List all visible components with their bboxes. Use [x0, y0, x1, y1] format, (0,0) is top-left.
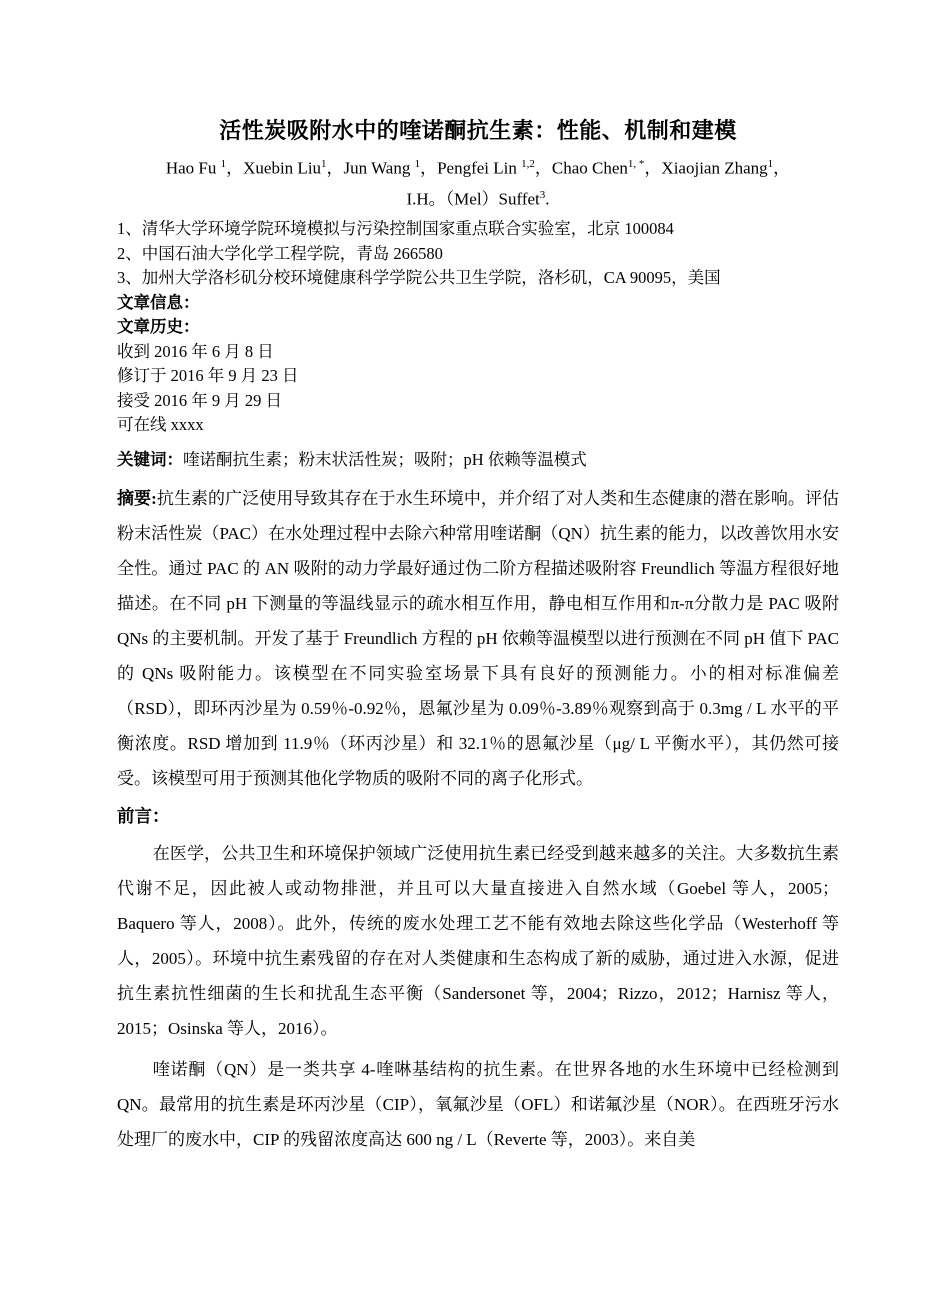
author-superscript: 1,2	[521, 158, 535, 170]
author-name: Hao Fu	[166, 159, 221, 178]
affiliation-item: 1、清华大学环境学院环境模拟与污染控制国家重点联合实验室，北京 100084	[117, 217, 839, 242]
article-info-label: 文章信息：	[117, 291, 839, 316]
author-line-1: Hao Fu 1，Xuebin Liu1，Jun Wang 1，Pengfei …	[117, 151, 839, 182]
author-line-2: I.H。（Mel）Suffet3.	[117, 182, 839, 213]
author-name: I.H。（Mel）Suffet	[406, 189, 539, 208]
author-name: ，Jun Wang	[327, 159, 415, 178]
article-history-item: 修订于 2016 年 9 月 23 日	[117, 364, 839, 389]
author-superscript: 1, *	[628, 158, 645, 170]
introduction-heading: 前言：	[117, 802, 839, 830]
page-title: 活性炭吸附水中的喹诺酮抗生素：性能、机制和建模	[117, 116, 839, 146]
affiliation-list: 1、清华大学环境学院环境模拟与污染控制国家重点联合实验室，北京 1000842、…	[117, 217, 839, 291]
introduction-paragraph-2: 喹诺酮（QN）是一类共享 4-喹啉基结构的抗生素。在世界各地的水生环境中已经检测…	[117, 1052, 839, 1157]
keywords-text: 喹诺酮抗生素；粉末状活性炭；吸附；pH 依赖等温模式	[183, 450, 587, 469]
article-history-item: 收到 2016 年 6 月 8 日	[117, 340, 839, 365]
abstract-paragraph: 摘要:抗生素的广泛使用导致其存在于水生环境中，并介绍了对人类和生态健康的潜在影响…	[117, 481, 839, 796]
abstract-label: 摘要:	[117, 489, 157, 508]
author-name: ，Chao Chen	[535, 159, 628, 178]
abstract-text: 抗生素的广泛使用导致其存在于水生环境中，并介绍了对人类和生态健康的潜在影响。评估…	[117, 489, 839, 788]
introduction-paragraph-1: 在医学，公共卫生和环境保护领域广泛使用抗生素已经受到越来越多的关注。大多数抗生素…	[117, 836, 839, 1046]
page-content: 活性炭吸附水中的喹诺酮抗生素：性能、机制和建模 Hao Fu 1，Xuebin …	[117, 0, 839, 1157]
document-page: 活性炭吸附水中的喹诺酮抗生素：性能、机制和建模 Hao Fu 1，Xuebin …	[0, 0, 926, 1309]
affiliation-item: 3、加州大学洛杉矶分校环境健康科学学院公共卫生学院，洛杉矶，CA 90095，美…	[117, 266, 839, 291]
article-history-list: 收到 2016 年 6 月 8 日修订于 2016 年 9 月 23 日接受 2…	[117, 340, 839, 438]
article-history-item: 可在线 xxxx	[117, 413, 839, 438]
keywords-label: 关键词：	[117, 450, 183, 469]
article-history-label: 文章历史：	[117, 315, 839, 340]
article-history-item: 接受 2016 年 9 月 29 日	[117, 389, 839, 414]
author-name: ，Xuebin Liu	[226, 159, 321, 178]
author-name: ，Pengfei Lin	[420, 159, 521, 178]
article-info-block: 文章信息： 文章历史： 收到 2016 年 6 月 8 日修订于 2016 年 …	[117, 291, 839, 438]
keywords-line: 关键词：喹诺酮抗生素；粉末状活性炭；吸附；pH 依赖等温模式	[117, 447, 839, 472]
affiliation-item: 2、中国石油大学化学工程学院，青岛 266580	[117, 242, 839, 267]
author-name: ，	[773, 159, 790, 178]
author-name: .	[545, 189, 549, 208]
author-name: ，Xiaojian Zhang	[644, 159, 767, 178]
